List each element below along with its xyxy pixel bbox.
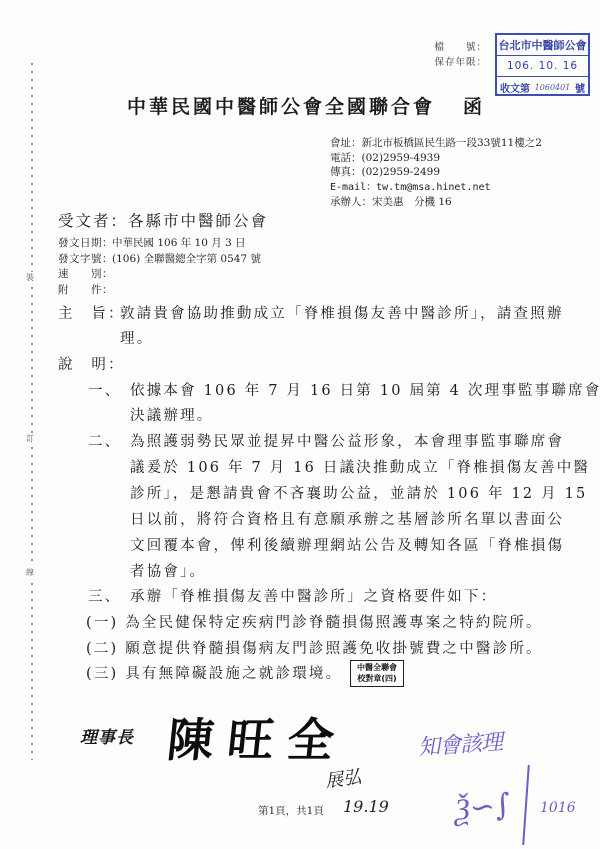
- page-indicator: 第1頁，共1頁: [258, 803, 324, 818]
- attachment-label: 附 件：: [58, 283, 112, 299]
- binding-margin-line: [31, 60, 33, 760]
- requirement-1: (一) 為全民健保特定疾病門診脊髓損傷照護專案之特約院所。: [86, 610, 543, 636]
- subject-line-1: 敦請貴會協助推動成立「脊椎損傷友善中醫診所」，請查照辦: [120, 301, 564, 327]
- receipt-number: 1060401: [535, 83, 571, 92]
- ref-value: (106) 全聯醫總全字第 0547 號: [112, 253, 261, 265]
- handwritten-date: 1016: [540, 800, 576, 816]
- date-value: 中華民國 106 年 10 月 3 日: [112, 237, 246, 249]
- proofreading-seal: 中醫全聯會 校對章(四): [350, 660, 404, 687]
- footer-handwritten: 19.19: [343, 797, 389, 816]
- date-label: 發文日期：: [58, 236, 112, 252]
- item-1-line-2: 決議辦理。: [130, 403, 214, 429]
- retention-label: 保存年限：: [434, 55, 487, 70]
- item-3-number: 三、: [88, 584, 121, 610]
- signatory-title: 理事長: [80, 723, 134, 748]
- item-2-line-1: 為照護弱勢民眾並提昇中醫公益形象，本會理事監事聯席會: [130, 429, 564, 455]
- binding-mark-xian: 線: [26, 567, 34, 579]
- requirement-2: (二) 願意提供脊髓損傷病友門診照護免收掛號費之中醫診所。: [86, 636, 543, 662]
- signatory-name: 陳旺全: [165, 704, 352, 770]
- document-title: 中華民國中醫師公會全國聯合會: [127, 92, 435, 119]
- document-meta: 發文日期：中華民國 106 年 10 月 3 日 發文字號：(106) 全聯醫總…: [58, 236, 261, 298]
- phone: 電話：(02)2959-4939: [330, 151, 542, 166]
- contact-block: 會址：新北市板橋區民生路一段33號11樓之2 電話：(02)2959-4939 …: [330, 136, 542, 210]
- item-2-line-5: 文回覆本會，俾利後續辦理網站公告及轉知各區「脊椎損傷: [130, 533, 564, 559]
- handwritten-initials: 展弘: [323, 763, 362, 794]
- fax: 傳真：(02)2959-2499: [330, 165, 542, 180]
- handler: 承辦人：宋美惠 分機 16: [330, 195, 542, 210]
- proofreading-seal-line-1: 中醫全聯會: [351, 662, 403, 673]
- document-type: 函: [463, 92, 482, 119]
- subject-line-2: 理。: [120, 326, 153, 352]
- receipt-stamp-org: 台北市中醫師公會: [497, 35, 588, 56]
- binding-mark-ding: 訂: [26, 433, 34, 445]
- ref-label: 發文字號：: [58, 252, 112, 268]
- item-2-line-4: 日以前，將符合資格且有意願承辦之基層診所名單以書面公: [130, 507, 564, 533]
- item-2-number: 二、: [88, 429, 121, 455]
- item-1-line-1: 依據本會 106 年 7 月 16 日第 10 屆第 4 次理事監事聯席會議: [130, 378, 600, 404]
- receipt-stamp-number-row: 收文第 1060401 號: [497, 77, 588, 97]
- proofreading-seal-line-2: 校對章(四): [351, 673, 403, 684]
- receipt-suffix: 號: [575, 80, 585, 95]
- handwritten-note: 知會該理: [417, 725, 503, 762]
- item-2-line-2: 議爰於 106 年 7 月 16 日議決推動成立「脊椎損傷友善中醫: [130, 455, 590, 481]
- recipient: 受文者：各縣市中醫師公會: [58, 209, 268, 231]
- archive-no-label: 檔 號：: [434, 40, 487, 55]
- receipt-prefix: 收文第: [500, 80, 530, 95]
- binding-mark-zhuang: 裝: [26, 272, 34, 284]
- speed-label: 速 別：: [58, 267, 112, 283]
- item-2-line-3: 診所」，是懇請貴會不吝襄助公益，並請於 106 年 12 月 15: [130, 481, 587, 507]
- subject-label: 主 旨：: [58, 301, 125, 327]
- receipt-stamp: 台北市中醫師公會 106. 10. 16 收文第 1060401 號: [495, 33, 590, 96]
- email-label: E-mail：: [330, 182, 376, 193]
- recipient-label: 受文者：: [58, 212, 128, 230]
- item-3-line-1: 承辦「脊椎損傷友善中醫診所」之資格要件如下：: [130, 584, 497, 610]
- address: 會址：新北市板橋區民生路一段33號11樓之2: [330, 136, 542, 151]
- item-1-number: 一、: [88, 378, 121, 404]
- email-link[interactable]: tw.tm@msa.hinet.net: [376, 182, 490, 193]
- recipient-value: 各縣市中醫師公會: [128, 212, 268, 230]
- email-row: E-mail：tw.tm@msa.hinet.net: [330, 180, 542, 196]
- explanation-label: 說 明：: [58, 352, 125, 378]
- handwritten-signature: Ѯ∽∫: [453, 787, 512, 828]
- item-2-line-6: 者協會」。: [130, 559, 206, 585]
- handwritten-stroke: [522, 765, 529, 845]
- file-info: 檔 號： 保存年限：: [434, 40, 487, 70]
- receipt-stamp-date: 106. 10. 16: [497, 56, 588, 77]
- requirement-3: (三) 具有無障礙設施之就診環境。: [86, 661, 342, 687]
